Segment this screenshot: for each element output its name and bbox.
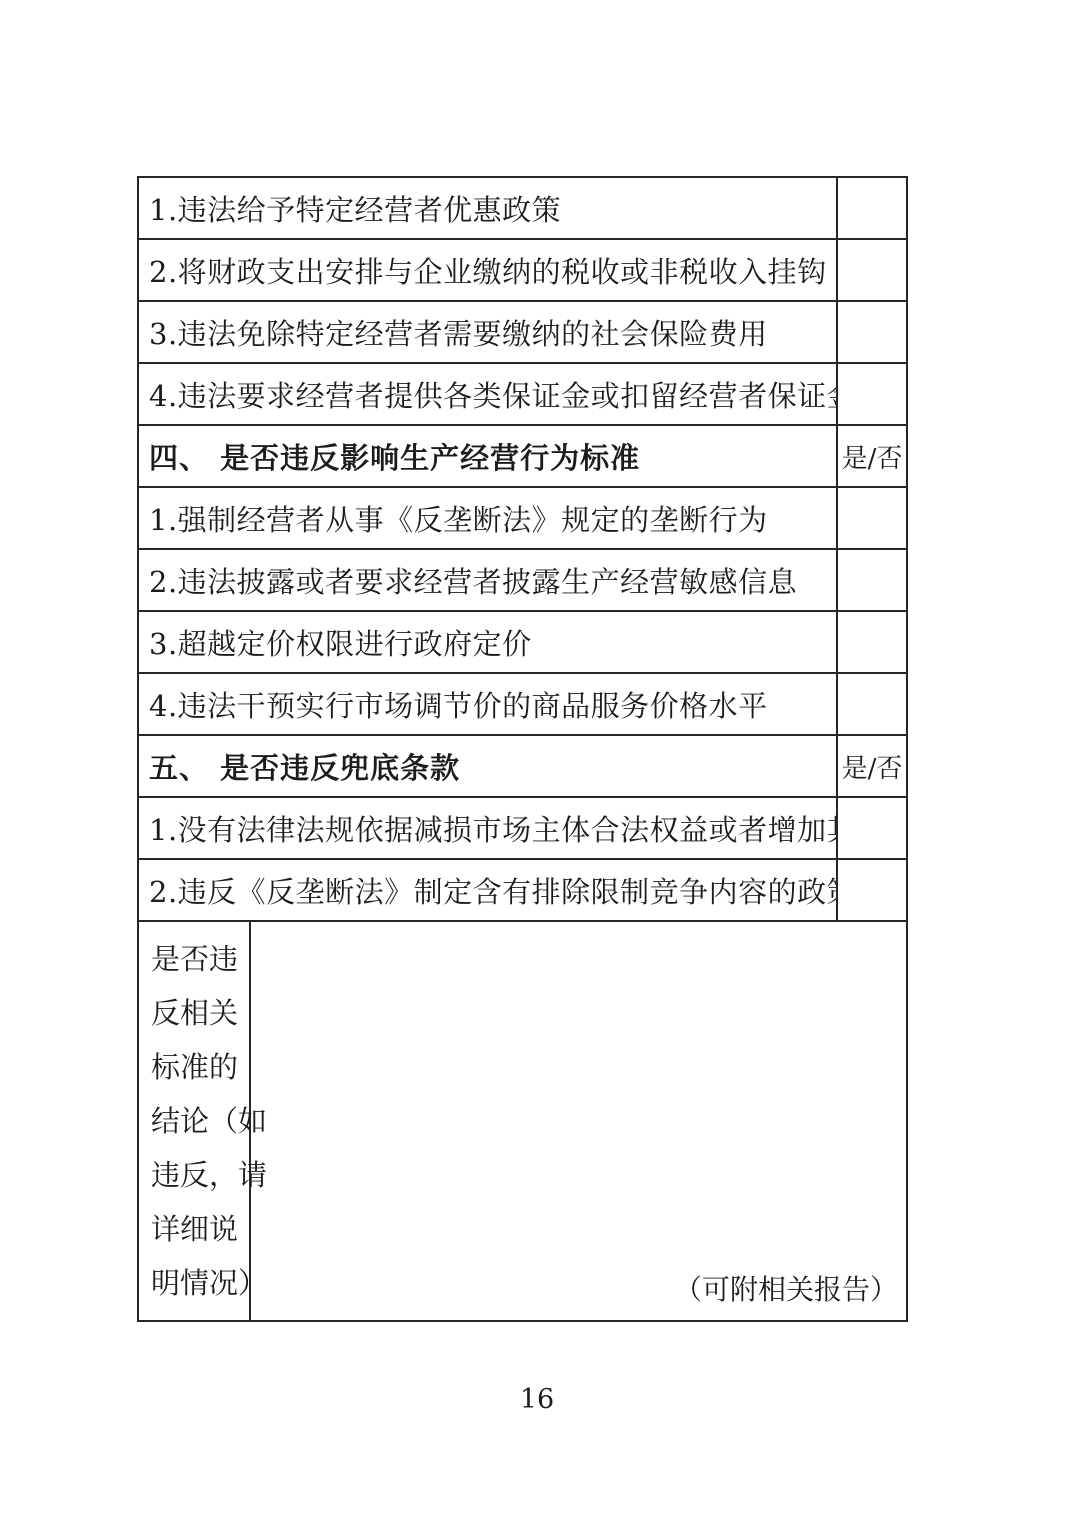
- row-label: 4.违法干预实行市场调节价的商品服务价格水平: [139, 674, 836, 734]
- conclusion-label-line: 是否违: [151, 944, 237, 976]
- table-row: 2.违反《反垄断法》制定含有排除限制竞争内容的政策措施: [139, 860, 906, 922]
- row-label: 2.违法披露或者要求经营者披露生产经营敏感信息: [139, 550, 836, 610]
- compliance-checklist-table: 1.违法给予特定经营者优惠政策 2.将财政支出安排与企业缴纳的税收或非税收入挂钩…: [137, 176, 908, 1322]
- conclusion-label-line: 标准的: [151, 1052, 237, 1084]
- conclusion-label: 是否违 反相关 标准的 结论（如 违反，请 详细说 明情况）: [139, 922, 251, 1320]
- yes-no-cell: [836, 674, 906, 734]
- conclusion-label-line: 明情况）: [151, 1268, 237, 1300]
- yes-no-cell: [836, 178, 906, 238]
- row-label: 3.超越定价权限进行政府定价: [139, 612, 836, 672]
- table-row: 3.违法免除特定经营者需要缴纳的社会保险费用: [139, 302, 906, 364]
- yes-no-cell: [836, 302, 906, 362]
- conclusion-label-line: 反相关: [151, 998, 237, 1030]
- section-header-label: 四、 是否违反影响生产经营行为标准: [139, 426, 836, 486]
- row-label: 2.将财政支出安排与企业缴纳的税收或非税收入挂钩: [139, 240, 836, 300]
- yes-no-cell: [836, 550, 906, 610]
- yes-no-header-cell: 是/否: [836, 426, 906, 486]
- row-label: 1.违法给予特定经营者优惠政策: [139, 178, 836, 238]
- conclusion-content-cell: （可附相关报告）: [251, 922, 906, 1320]
- yes-no-cell: [836, 364, 906, 424]
- yes-no-header-cell: 是/否: [836, 736, 906, 796]
- section-header-row: 四、 是否违反影响生产经营行为标准 是/否: [139, 426, 906, 488]
- section-header-row: 五、 是否违反兜底条款 是/否: [139, 736, 906, 798]
- table-row: 1.违法给予特定经营者优惠政策: [139, 178, 906, 240]
- attach-report-note: （可附相关报告）: [674, 1268, 898, 1308]
- conclusion-label-line: 结论（如: [151, 1106, 237, 1138]
- conclusion-label-line: 违反，请: [151, 1160, 237, 1192]
- table-row: 2.违法披露或者要求经营者披露生产经营敏感信息: [139, 550, 906, 612]
- page-number: 16: [0, 1384, 1074, 1415]
- row-label: 1.没有法律法规依据减损市场主体合法权益或者增加其义务: [139, 798, 836, 858]
- document-page: 1.违法给予特定经营者优惠政策 2.将财政支出安排与企业缴纳的税收或非税收入挂钩…: [0, 0, 1074, 1520]
- row-label: 1.强制经营者从事《反垄断法》规定的垄断行为: [139, 488, 836, 548]
- row-label: 2.违反《反垄断法》制定含有排除限制竞争内容的政策措施: [139, 860, 836, 920]
- conclusion-label-line: 详细说: [151, 1214, 237, 1246]
- table-row: 1.没有法律法规依据减损市场主体合法权益或者增加其义务: [139, 798, 906, 860]
- section-header-label: 五、 是否违反兜底条款: [139, 736, 836, 796]
- conclusion-row: 是否违 反相关 标准的 结论（如 违反，请 详细说 明情况） （可附相关报告）: [139, 922, 906, 1320]
- yes-no-cell: [836, 488, 906, 548]
- table-row: 4.违法要求经营者提供各类保证金或扣留经营者保证金: [139, 364, 906, 426]
- table-row: 2.将财政支出安排与企业缴纳的税收或非税收入挂钩: [139, 240, 906, 302]
- row-label: 4.违法要求经营者提供各类保证金或扣留经营者保证金: [139, 364, 836, 424]
- row-label: 3.违法免除特定经营者需要缴纳的社会保险费用: [139, 302, 836, 362]
- yes-no-cell: [836, 612, 906, 672]
- yes-no-cell: [836, 860, 906, 920]
- yes-no-cell: [836, 798, 906, 858]
- table-row: 4.违法干预实行市场调节价的商品服务价格水平: [139, 674, 906, 736]
- yes-no-cell: [836, 240, 906, 300]
- table-row: 3.超越定价权限进行政府定价: [139, 612, 906, 674]
- table-row: 1.强制经营者从事《反垄断法》规定的垄断行为: [139, 488, 906, 550]
